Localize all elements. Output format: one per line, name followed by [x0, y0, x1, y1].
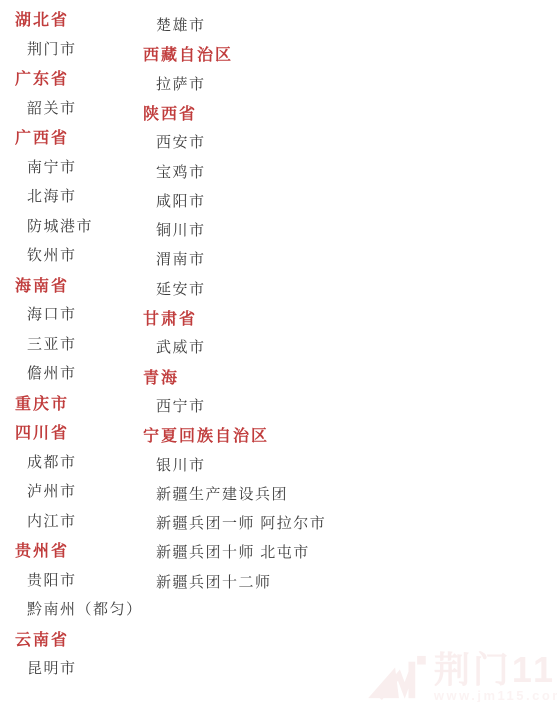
- province-header: 广东省: [15, 71, 69, 89]
- city-item: 武威市: [156, 340, 206, 357]
- city-item: 北海市: [27, 189, 77, 206]
- city-item: 贵阳市: [27, 573, 77, 590]
- city-item: 西宁市: [156, 399, 206, 416]
- city-item: 韶关市: [27, 101, 77, 118]
- city-item: 荆门市: [27, 42, 77, 59]
- watermark-logo-icon: [366, 654, 428, 702]
- province-header: 甘肃省: [143, 311, 197, 329]
- region-city-list-page: 湖北省荆门市广东省韶关市广西省南宁市北海市防城港市钦州市海南省海口市三亚市儋州市…: [0, 0, 557, 702]
- province-header: 湖北省: [15, 12, 69, 30]
- province-header: 贵州省: [15, 543, 69, 561]
- city-item: 新疆生产建设兵团: [156, 487, 288, 504]
- city-item: 楚雄市: [156, 18, 206, 35]
- city-item: 黔南州（都匀）: [27, 602, 143, 619]
- city-item: 新疆兵团一师 阿拉尔市: [156, 516, 326, 533]
- city-item: 钦州市: [27, 248, 77, 265]
- city-item: 泸州市: [27, 484, 77, 501]
- city-item: 三亚市: [27, 337, 77, 354]
- watermark-site-name: 荆门115: [434, 652, 557, 688]
- province-header: 西藏自治区: [143, 47, 233, 65]
- region-list-column-left: 湖北省荆门市广东省韶关市广西省南宁市北海市防城港市钦州市海南省海口市三亚市儋州市…: [15, 0, 16, 702]
- city-item: 延安市: [156, 282, 206, 299]
- province-header: 四川省: [15, 425, 69, 443]
- city-item: 昆明市: [27, 661, 77, 678]
- city-item: 内江市: [27, 514, 77, 531]
- watermark: 荆门115 www.jm115.com: [366, 652, 557, 702]
- city-item: 宝鸡市: [156, 165, 206, 182]
- province-header: 云南省: [15, 632, 69, 650]
- city-item: 西安市: [156, 135, 206, 152]
- city-item: 南宁市: [27, 160, 77, 177]
- province-header: 陕西省: [143, 106, 197, 124]
- city-item: 儋州市: [27, 366, 77, 383]
- province-header: 海南省: [15, 278, 69, 296]
- city-item: 新疆兵团十师 北屯市: [156, 545, 310, 562]
- city-item: 海口市: [27, 307, 77, 324]
- province-header: 广西省: [15, 130, 69, 148]
- city-item: 铜川市: [156, 223, 206, 240]
- city-item: 成都市: [27, 455, 77, 472]
- province-header: 重庆市: [15, 396, 69, 414]
- city-item: 咸阳市: [156, 194, 206, 211]
- city-item: 新疆兵团十二师: [156, 575, 272, 592]
- city-item: 银川市: [156, 458, 206, 475]
- province-header: 青海: [143, 370, 179, 388]
- watermark-url: www.jm115.com: [434, 689, 557, 702]
- province-header: 宁夏回族自治区: [143, 428, 269, 446]
- city-item: 防城港市: [27, 219, 93, 236]
- region-list-column-right: 楚雄市西藏自治区拉萨市陕西省西安市宝鸡市咸阳市铜川市渭南市延安市甘肃省武威市青海…: [143, 0, 144, 702]
- city-item: 渭南市: [156, 252, 206, 269]
- watermark-text-block: 荆门115 www.jm115.com: [434, 652, 557, 702]
- city-item: 拉萨市: [156, 77, 206, 94]
